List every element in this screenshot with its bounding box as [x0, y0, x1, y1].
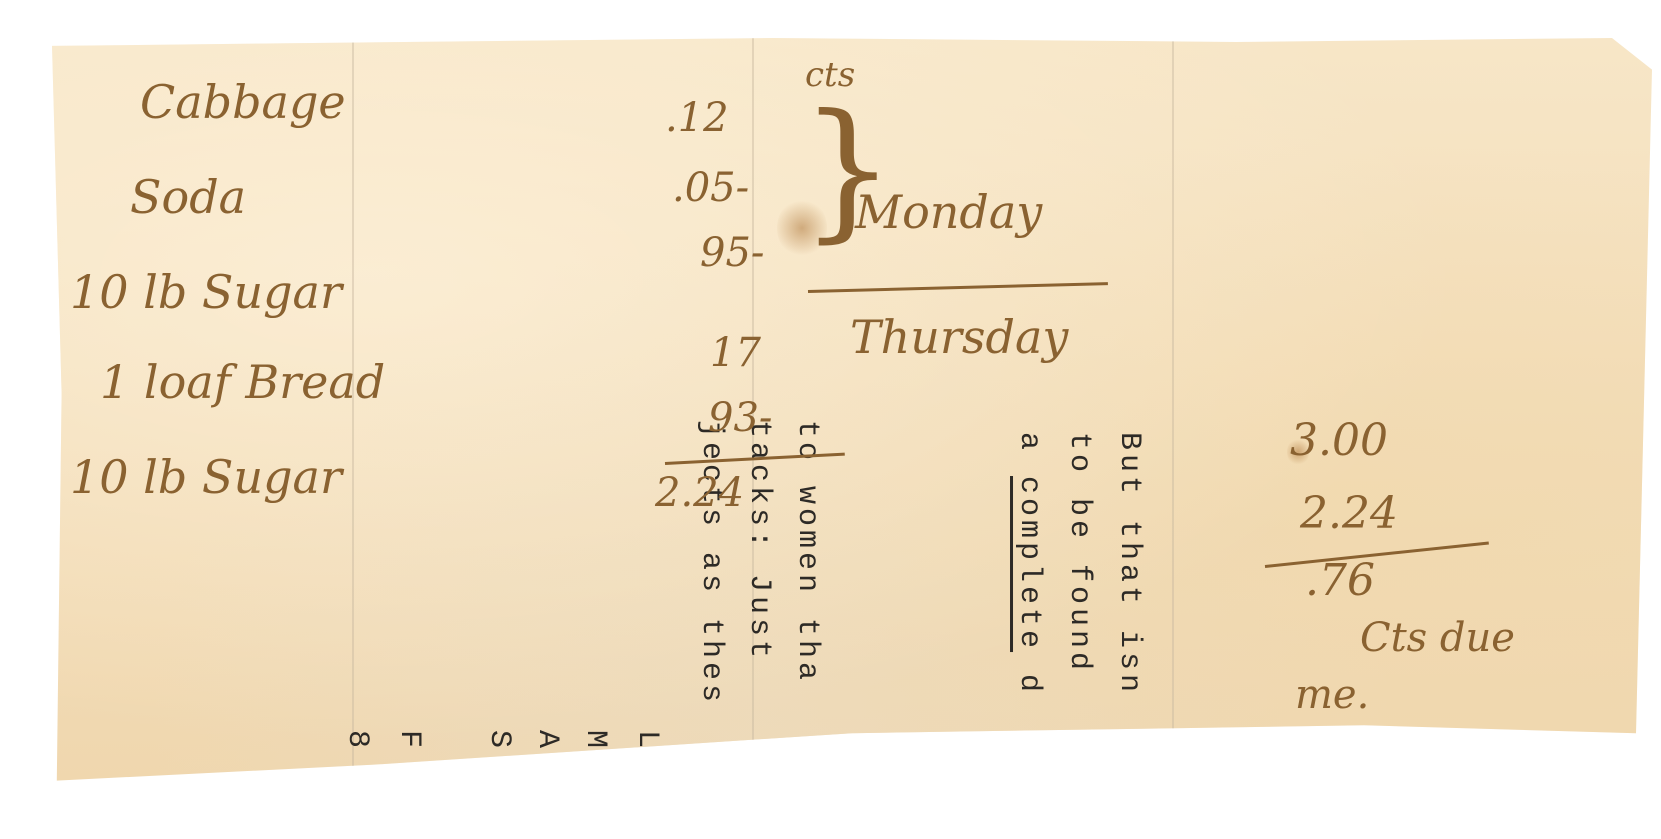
day-label-monday: Monday — [855, 185, 1042, 239]
typed-fragment: F — [392, 730, 426, 752]
typed-line: to women tha — [790, 420, 824, 684]
amount-spent: 2.24 — [1300, 488, 1398, 539]
change-amount: .76 — [1305, 555, 1375, 606]
typed-underlined-word: complete — [1012, 476, 1046, 652]
item-name: Cabbage — [140, 75, 346, 129]
typed-fragment: S — [482, 730, 516, 752]
item-name: 1 loaf Bread — [100, 355, 385, 409]
item-price: .12 — [665, 95, 729, 141]
item-price: .05- — [672, 165, 749, 211]
paper-fold — [1172, 38, 1174, 828]
item-price: 17 — [710, 330, 761, 376]
item-name: 10 lb Sugar — [70, 450, 342, 504]
typed-fragment: M — [578, 730, 612, 752]
typed-line: But that isn — [1112, 432, 1146, 696]
note-line: me. — [1295, 672, 1369, 718]
item-name: 10 lb Sugar — [70, 265, 342, 319]
typed-text: a — [1012, 432, 1046, 476]
typed-line: a complete d — [1012, 432, 1046, 696]
amount-paid: 3.00 — [1290, 415, 1388, 466]
typed-line: to be found — [1062, 432, 1096, 674]
typed-fragment: A — [530, 730, 564, 752]
note-line: Cts due — [1360, 615, 1515, 661]
total-amount: 2.24 — [655, 470, 744, 516]
item-price: 95- — [700, 230, 764, 276]
day-label-thursday: Thursday — [850, 310, 1068, 364]
typed-fragment: 8 — [340, 730, 374, 752]
paper-fold — [352, 38, 354, 828]
item-price: 93- — [708, 395, 772, 441]
typed-text: d — [1012, 652, 1046, 696]
item-name: Soda — [130, 170, 246, 224]
typed-fragment: L — [630, 730, 664, 752]
